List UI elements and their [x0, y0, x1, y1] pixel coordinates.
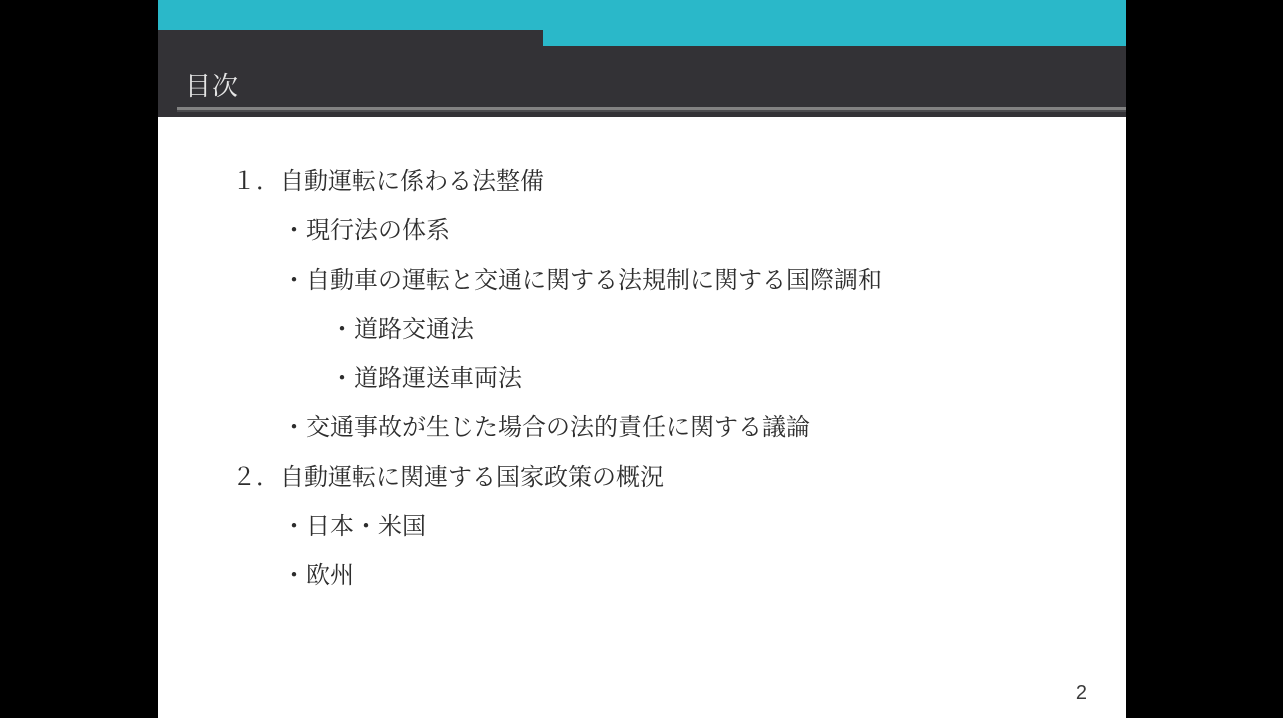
toc-item: ・日本・米国: [158, 513, 1126, 562]
toc-item: １．自動運転に係わる法整備: [158, 168, 1126, 217]
slide-content: １．自動運転に係わる法整備・現行法の体系・自動車の運転と交通に関する法規制に関す…: [158, 117, 1126, 718]
toc-item: ・道路交通法: [158, 316, 1126, 365]
teal-accent-bar-left: [158, 0, 543, 30]
toc-item: ・道路運送車両法: [158, 365, 1126, 414]
title-underline: [177, 107, 1126, 112]
slide-title: 目次: [185, 71, 239, 101]
toc-item: ・欧州: [158, 562, 1126, 611]
toc-item: ・交通事故が生じた場合の法的責任に関する議論: [158, 414, 1126, 463]
page-number: 2: [1076, 683, 1087, 703]
video-letterbox: 目次 １．自動運転に係わる法整備・現行法の体系・自動車の運転と交通に関する法規制…: [0, 0, 1283, 718]
presentation-slide: 目次 １．自動運転に係わる法整備・現行法の体系・自動車の運転と交通に関する法規制…: [158, 0, 1126, 718]
toc-item: ２．自動運転に関連する国家政策の概況: [158, 464, 1126, 513]
teal-accent-bar-right: [543, 0, 1126, 46]
toc-item: ・現行法の体系: [158, 217, 1126, 266]
toc-item: ・自動車の運転と交通に関する法規制に関する国際調和: [158, 267, 1126, 316]
toc-list: １．自動運転に係わる法整備・現行法の体系・自動車の運転と交通に関する法規制に関す…: [158, 117, 1126, 612]
